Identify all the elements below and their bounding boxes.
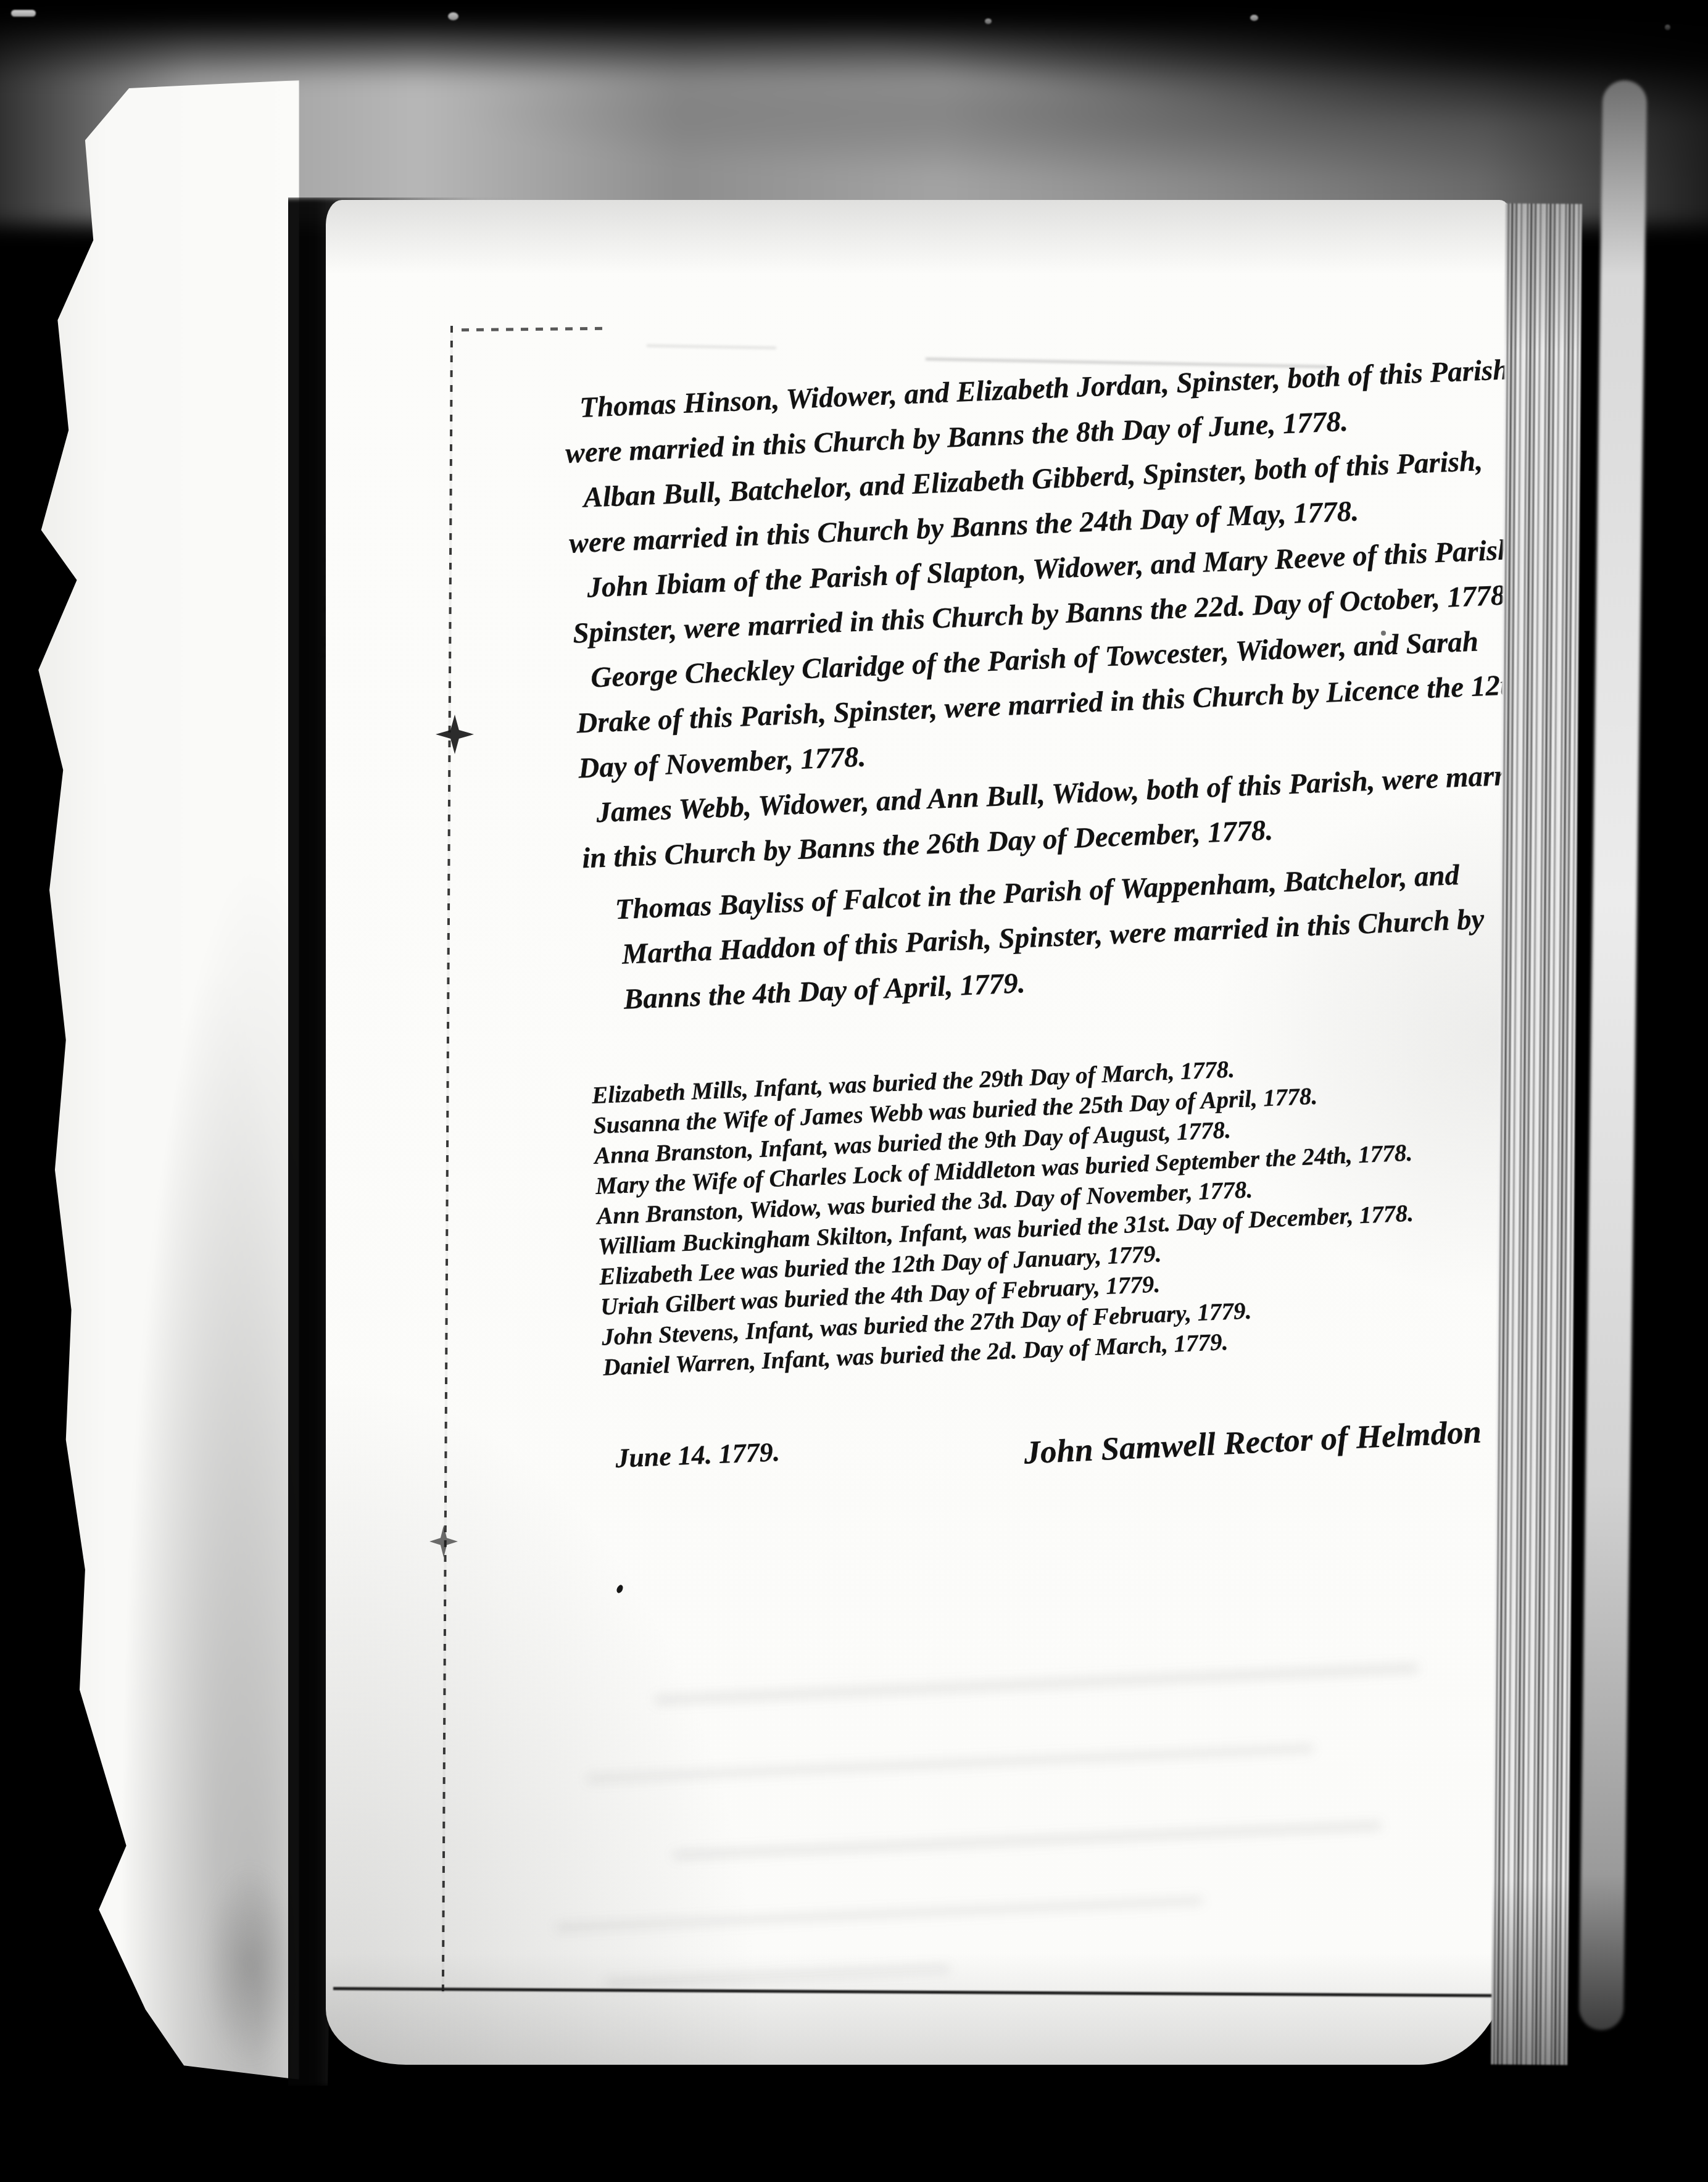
dust-speck — [11, 10, 36, 17]
burial-entries: Elizabeth Mills, Infant, was buried the … — [591, 1041, 1570, 1383]
dust-speck — [1250, 15, 1258, 21]
ink-fleck — [1381, 631, 1386, 636]
dust-speck — [448, 12, 458, 20]
book-fore-edge — [1579, 80, 1648, 2031]
dateline: June 14. 1779. — [615, 1436, 780, 1474]
rector-signature: John Samwell Rector of Helmdon — [1023, 1413, 1482, 1471]
page-edge-streaks — [1491, 204, 1582, 2065]
handwritten-entries: Thomas Hinson, Widower, and Elizabeth Jo… — [563, 347, 1576, 1520]
scanned-register-photograph: ʃʒɛςȝʑɕʃʒɛȝςʑɕʒȝ Thomas Hinson, Widower,… — [0, 0, 1708, 2182]
facing-page-torn-edge — [25, 80, 299, 2080]
marriage-entries: Thomas Hinson, Widower, and Elizabeth Jo… — [563, 347, 1556, 1024]
facing-page-smudge — [204, 1864, 296, 2067]
